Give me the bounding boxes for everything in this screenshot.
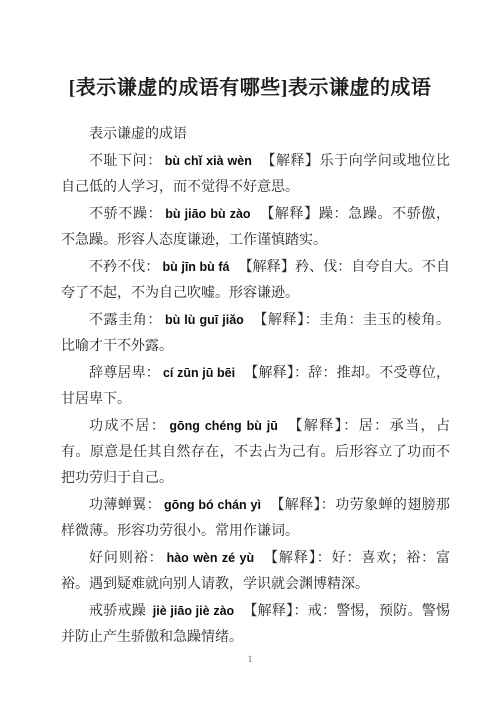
pinyin-text: gōng bó chán yì (164, 498, 261, 512)
pinyin-text: bù jīn bù fá (163, 260, 230, 274)
idiom-term: 功薄蝉翼 (89, 498, 147, 513)
separator: ： (147, 154, 162, 169)
marker-colon: ： (321, 498, 335, 513)
idiom-term: 功成不居 (89, 419, 151, 434)
idiom-term: 不骄不躁 (89, 207, 148, 222)
explain-marker: 【解释】 (270, 498, 321, 513)
marker-colon: ： (293, 604, 307, 619)
idiom-term: 好问则裕 (89, 551, 149, 566)
pinyin-text: cí zūn jū bēi (163, 366, 235, 380)
idiom-term: 不矜不伐 (89, 260, 145, 275)
separator: ： (148, 207, 163, 222)
page-number: 1 (0, 653, 500, 665)
explain-marker: 【解释】 (253, 313, 305, 328)
marker-colon: ： (305, 313, 320, 328)
pinyin-text: gōng chéng bù jū (169, 419, 278, 433)
explain-marker: 【解释】 (263, 551, 317, 566)
explain-marker: 【解释】 (287, 419, 343, 434)
separator: ： (147, 313, 162, 328)
idiom-entry: 好问则裕：hào wèn zé yù【解释】：好：喜欢；裕：富裕。遇到疑难就向别… (61, 545, 450, 598)
idiom-entry: 不露圭角：bù lù guī jiǎo【解释】：圭角：圭玉的棱角。比喻才干不外露… (61, 307, 450, 360)
entries-list: 不耻下问：bù chǐ xià wèn【解释】乐于向学问或地位比自己低的人学习，… (61, 148, 450, 651)
idiom-term: 不耻下问 (89, 154, 147, 169)
idiom-entry: 功薄蝉翼：gōng bó chán yì【解释】：功劳象蝉的翅膀那样微薄。形容功… (61, 492, 450, 545)
separator: ： (147, 498, 161, 513)
document-page: [表示谦虚的成语有哪些]表示谦虚的成语 表示谦虚的成语 不耻下问：bù chǐ … (0, 74, 500, 651)
marker-colon: ： (294, 366, 308, 381)
idiom-term: 戒骄戒躁 (89, 604, 146, 619)
idiom-term: 不露圭角 (89, 313, 147, 328)
marker-colon: ： (317, 551, 332, 566)
idiom-entry: 不耻下问：bù chǐ xià wèn【解释】乐于向学问或地位比自己低的人学习，… (61, 148, 450, 201)
explain-marker: 【解释】 (244, 366, 294, 381)
page-title: [表示谦虚的成语有哪些]表示谦虚的成语 (30, 74, 470, 102)
idiom-entry: 辞尊居卑：cí zūn jū bēi【解释】：辞：推却。不受尊位，甘居卑下。 (61, 360, 450, 413)
idiom-entry: 不骄不躁：bù jiāo bù zào【解释】躁：急躁。不骄傲，不急躁。形容人态… (61, 201, 450, 254)
explain-marker: 【解释】 (238, 260, 295, 275)
idiom-entry: 不矜不伐：bù jīn bù fá【解释】矜、伐：自夸自大。不自夸了不起，不为自… (61, 254, 450, 307)
separator: ： (151, 419, 166, 434)
separator: ： (146, 366, 160, 381)
document-body: 表示谦虚的成语 不耻下问：bù chǐ xià wèn【解释】乐于向学问或地位比… (61, 122, 450, 651)
pinyin-text: bù chǐ xià wèn (165, 154, 252, 168)
pinyin-text: bù lù guī jiǎo (165, 313, 244, 327)
explain-marker: 【解释】 (260, 207, 319, 222)
pinyin-text: jiè jiāo jiè zào (153, 604, 234, 618)
idiom-term: 辞尊居卑 (89, 366, 146, 381)
separator (146, 604, 150, 619)
pinyin-text: bù jiāo bù zào (165, 207, 250, 221)
separator: ： (145, 260, 159, 275)
explain-marker: 【解释】 (243, 604, 293, 619)
idiom-entry: 戒骄戒躁 jiè jiāo jiè zào【解释】：戒：警惕，预防。警惕并防止产… (61, 598, 450, 651)
separator: ： (149, 551, 164, 566)
idiom-entry: 功成不居：gōng chéng bù jū【解释】：居：承当，占有。原意是任其自… (61, 413, 450, 492)
subtitle: 表示谦虚的成语 (61, 122, 450, 148)
explain-marker: 【解释】 (261, 154, 320, 169)
marker-colon: ： (343, 419, 358, 434)
pinyin-text: hào wèn zé yù (167, 551, 255, 565)
